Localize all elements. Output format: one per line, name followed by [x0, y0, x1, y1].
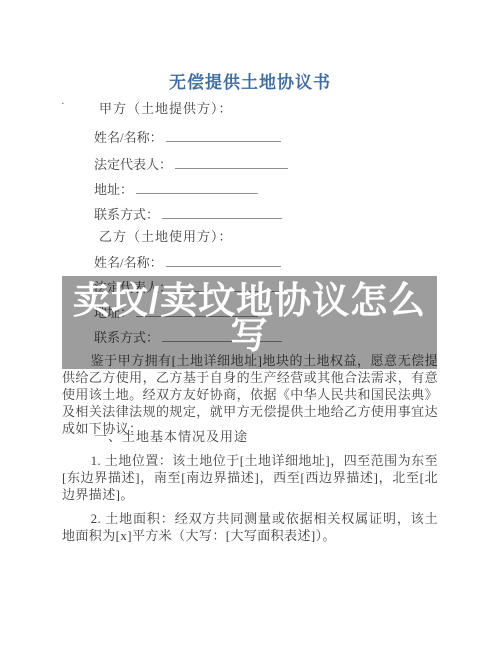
clause-land-location: 1. 土地位置：该土地位于[土地详细地址]，四至范围为东至[东边界描述]，南至[… [62, 452, 438, 503]
party-b-heading: 乙方（土地使用方）： [62, 228, 438, 245]
party-a-contact-label: 联系方式： [94, 207, 159, 222]
fill-in-blank-line [166, 253, 281, 267]
watermark-text-line2: 写 [62, 318, 437, 353]
party-a-representative-label: 法定代表人： [94, 157, 172, 172]
fill-in-blank-line [166, 128, 281, 142]
party-b-name-label: 姓名/名称： [94, 255, 163, 270]
party-a-representative-row: 法定代表人： [62, 155, 438, 173]
fill-in-blank-line [162, 205, 282, 219]
fill-in-blank-line [136, 180, 258, 194]
party-a-heading: 甲方（土地提供方）： [62, 100, 438, 117]
watermark-overlay-banner: 卖坟/卖坟地协议怎么 写 [62, 276, 437, 369]
party-a-address-row: 地址： [62, 180, 438, 198]
party-a-address-label: 地址： [94, 182, 133, 197]
document-title: 无偿提供土地协议书 [62, 74, 438, 91]
page-background: 无偿提供土地协议书 · 甲方（土地提供方）： 姓名/名称： 法定代表人： 地址：… [0, 0, 500, 647]
party-a-contact-row: 联系方式： [62, 205, 438, 223]
watermark-text-line1: 卖坟/卖坟地协议怎么 [62, 283, 437, 318]
party-b-name-row: 姓名/名称： [62, 253, 438, 271]
party-a-name-row: 姓名/名称： [62, 128, 438, 146]
fill-in-blank-line [175, 155, 288, 169]
section-1-heading: 一、土地基本情况及用途 [62, 428, 438, 445]
clause-land-area: 2. 土地面积：经双方共同测量或依据相关权属证明，该土地面积为[x]平方米（大写… [62, 510, 438, 544]
party-a-name-label: 姓名/名称： [94, 130, 163, 145]
